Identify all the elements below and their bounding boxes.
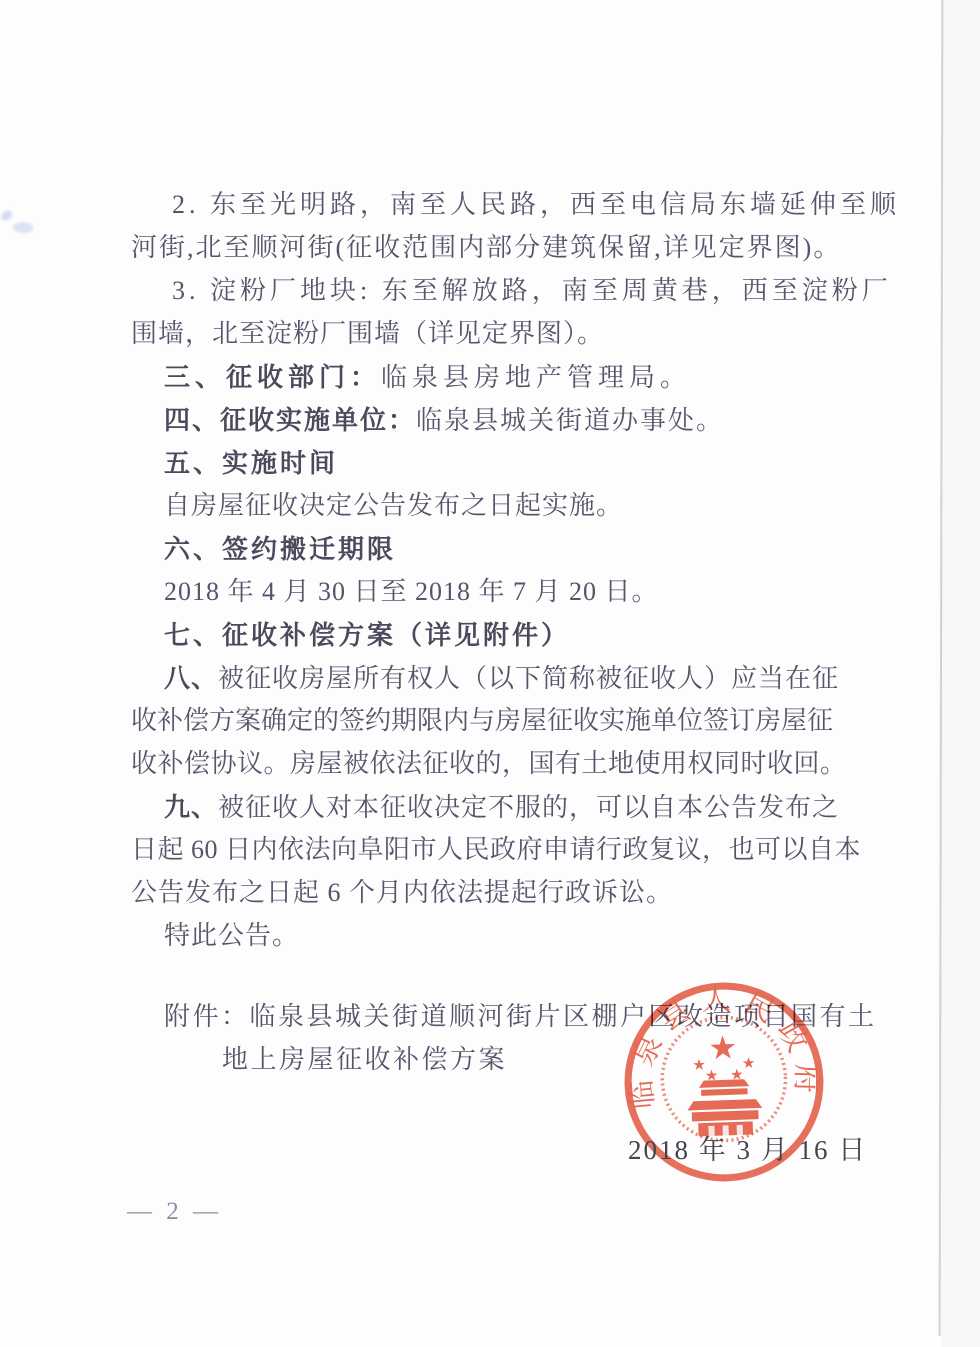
text-line-bold-segment: 九、 [164,792,218,822]
text-line-bold-segment: 七、征收补偿方案（详见附件） [164,620,570,650]
text-line: 日起 60 日内依法向阜阳市人民政府申请行政复议，也可以自本 [131,835,861,866]
text-line: 围墙，北至淀粉厂围墙（详见定界图）。 [131,319,604,350]
text-line: 2. 东至光明路，南至人民路，西至电信局东墙延伸至顺 [172,190,900,221]
text-line: 河街,北至顺河街(征收范围内部分建筑保留,详见定界图)。 [131,233,841,264]
text-line-segment: 围墙，北至淀粉厂围墙（详见定界图）。 [131,319,604,348]
ink-smudge [12,221,33,235]
national-emblem-icon: ★ ★ ★ ★ ★ [685,1028,763,1137]
text-line-bold-segment: 五、实施时间 [164,448,338,478]
text-line-bold-segment: 八、 [164,663,218,693]
text-line-segment: 2. 东至光明路，南至人民路，西至电信局东墙延伸至顺 [172,190,900,219]
text-line: 特此公告。 [164,921,299,952]
page-number: — 2 — [127,1198,222,1226]
small-star-icon: ★ [741,1054,755,1072]
text-line: 六、签约搬迁期限 [164,534,396,566]
text-line-segment: 2018 年 4 月 30 日至 2018 年 7 月 20 日。 [164,577,659,606]
text-line-segment: 公告发布之日起 6 个月内依法提起行政诉讼。 [131,878,673,907]
text-line-segment: 临泉县城关街道办事处。 [416,406,724,435]
text-line-segment: 收补偿协议。房屋被依法征收的，国有土地使用权同时收回。 [131,749,847,778]
text-line-segment: 自房屋征收决定公告发布之日起实施。 [164,491,623,520]
text-line-segment: 临泉县房地产管理局。 [381,363,691,392]
text-line: 公告发布之日起 6 个月内依法提起行政诉讼。 [131,878,673,909]
text-line: 七、征收补偿方案（详见附件） [164,620,570,652]
text-line-segment: 3. 淀粉厂地块: 东至解放路，南至周黄巷，西至淀粉厂 [172,276,892,305]
big-star-icon: ★ [708,1028,738,1067]
scan-edge-strip [941,0,980,1347]
text-line: 九、被征收人对本征收决定不服的，可以自本公告发布之 [164,792,839,824]
text-line-segment: 日起 60 日内依法向阜阳市人民政府申请行政复议，也可以自本 [131,835,861,864]
text-line: 地上房屋征收补偿方案 [222,1045,507,1076]
text-line-bold-segment: 四、征收实施单位： [164,405,416,435]
text-line-bold-segment: 六、签约搬迁期限 [164,534,396,564]
text-line: 收补偿协议。房屋被依法征收的，国有土地使用权同时收回。 [131,749,847,780]
text-line: 四、征收实施单位：临泉县城关街道办事处。 [164,405,724,437]
text-line: 八、被征收房屋所有权人（以下简称被征收人）应当在征 [164,663,839,695]
text-line: 五、实施时间 [164,448,338,480]
text-line: 2018 年 4 月 30 日至 2018 年 7 月 20 日。 [164,577,659,608]
text-line: 自房屋征收决定公告发布之日起实施。 [164,491,623,522]
text-line: 三、征收部门：临泉县房地产管理局。 [164,362,691,394]
text-line-segment: 特此公告。 [164,921,299,950]
text-line-segment: 收补偿方案确定的签约期限内与房屋征收实施单位签订房屋征 [131,706,833,735]
text-line-segment: 河街,北至顺河街(征收范围内部分建筑保留,详见定界图)。 [131,233,841,262]
text-line: 3. 淀粉厂地块: 东至解放路，南至周黄巷，西至淀粉厂 [172,276,892,307]
text-line: 收补偿方案确定的签约期限内与房屋征收实施单位签订房屋征 [131,706,833,737]
text-line-segment: 被征收房屋所有权人（以下简称被征收人）应当在征 [218,664,839,693]
text-line-segment: 地上房屋征收补偿方案 [222,1045,507,1074]
ink-smudge [0,209,13,221]
scanned-document-page: 2. 东至光明路，南至人民路，西至电信局东墙延伸至顺河街,北至顺河街(征收范围内… [0,0,980,1347]
text-line-bold-segment: 三、征收部门： [164,362,381,392]
document-date: 2018 年 3 月 16 日 [628,1128,867,1167]
text-line-segment: 被征收人对本征收决定不服的，可以自本公告发布之 [218,793,839,822]
